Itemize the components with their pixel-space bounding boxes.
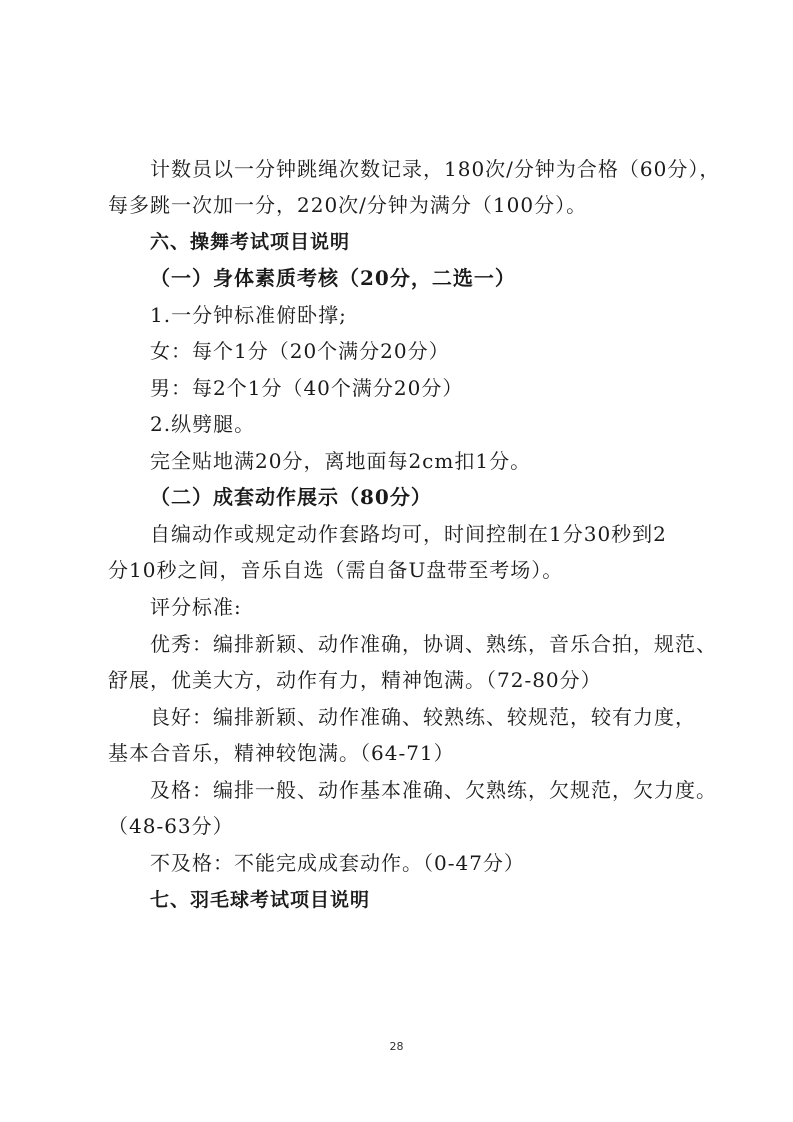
pushups-male-rule: 男：每2个1分（40个满分20分） bbox=[150, 376, 750, 400]
page-number: 28 bbox=[0, 1040, 793, 1053]
paragraph-routine-rules: 自编动作或规定动作套路均可，时间控制在1分30秒到2 bbox=[150, 522, 750, 546]
criteria-pass-cont: （48-63分） bbox=[108, 814, 708, 838]
list-item-pushups: 1.一分钟标准俯卧撑; bbox=[150, 303, 750, 327]
section-heading-badminton: 七、羽毛球考试项目说明 bbox=[150, 888, 750, 912]
criteria-fail: 不及格：不能完成成套动作。（0-47分） bbox=[150, 851, 750, 875]
criteria-excellent-cont: 舒展，优美大方，动作有力，精神饱满。（72-80分） bbox=[108, 668, 708, 692]
criteria-excellent: 优秀：编排新颖、动作准确，协调、熟练，音乐合拍，规范、 bbox=[150, 632, 750, 656]
scoring-criteria-label: 评分标准: bbox=[150, 595, 750, 619]
splits-rule: 完全贴地满20分，离地面每2cm扣1分。 bbox=[150, 449, 750, 473]
subsection-heading-fitness: （一）身体素质考核（20分，二选一） bbox=[150, 266, 750, 290]
criteria-good: 良好：编排新颖、动作准确、较熟练、较规范，较有力度， bbox=[150, 705, 750, 729]
subsection-heading-routine: （二）成套动作展示（80分） bbox=[150, 485, 750, 509]
pushups-female-rule: 女：每个1分（20个满分20分） bbox=[150, 339, 750, 363]
document-page: 计数员以一分钟跳绳次数记录，180次/分钟为合格（60分）， 每多跳一次加一分，… bbox=[0, 0, 793, 1122]
criteria-pass: 及格：编排一般、动作基本准确、欠熟练，欠规范，欠力度。 bbox=[150, 778, 750, 802]
paragraph-routine-rules-cont: 分10秒之间，音乐自选（需自备U盘带至考场）。 bbox=[108, 558, 708, 582]
criteria-good-cont: 基本合音乐，精神较饱满。（64-71） bbox=[108, 741, 708, 765]
section-heading-aerobics: 六、操舞考试项目说明 bbox=[150, 230, 750, 254]
list-item-splits: 2.纵劈腿。 bbox=[150, 412, 750, 436]
paragraph-rope-skip-scoring-cont: 每多跳一次加一分，220次/分钟为满分（100分）。 bbox=[108, 193, 708, 217]
paragraph-rope-skip-scoring: 计数员以一分钟跳绳次数记录，180次/分钟为合格（60分）， bbox=[150, 157, 750, 181]
